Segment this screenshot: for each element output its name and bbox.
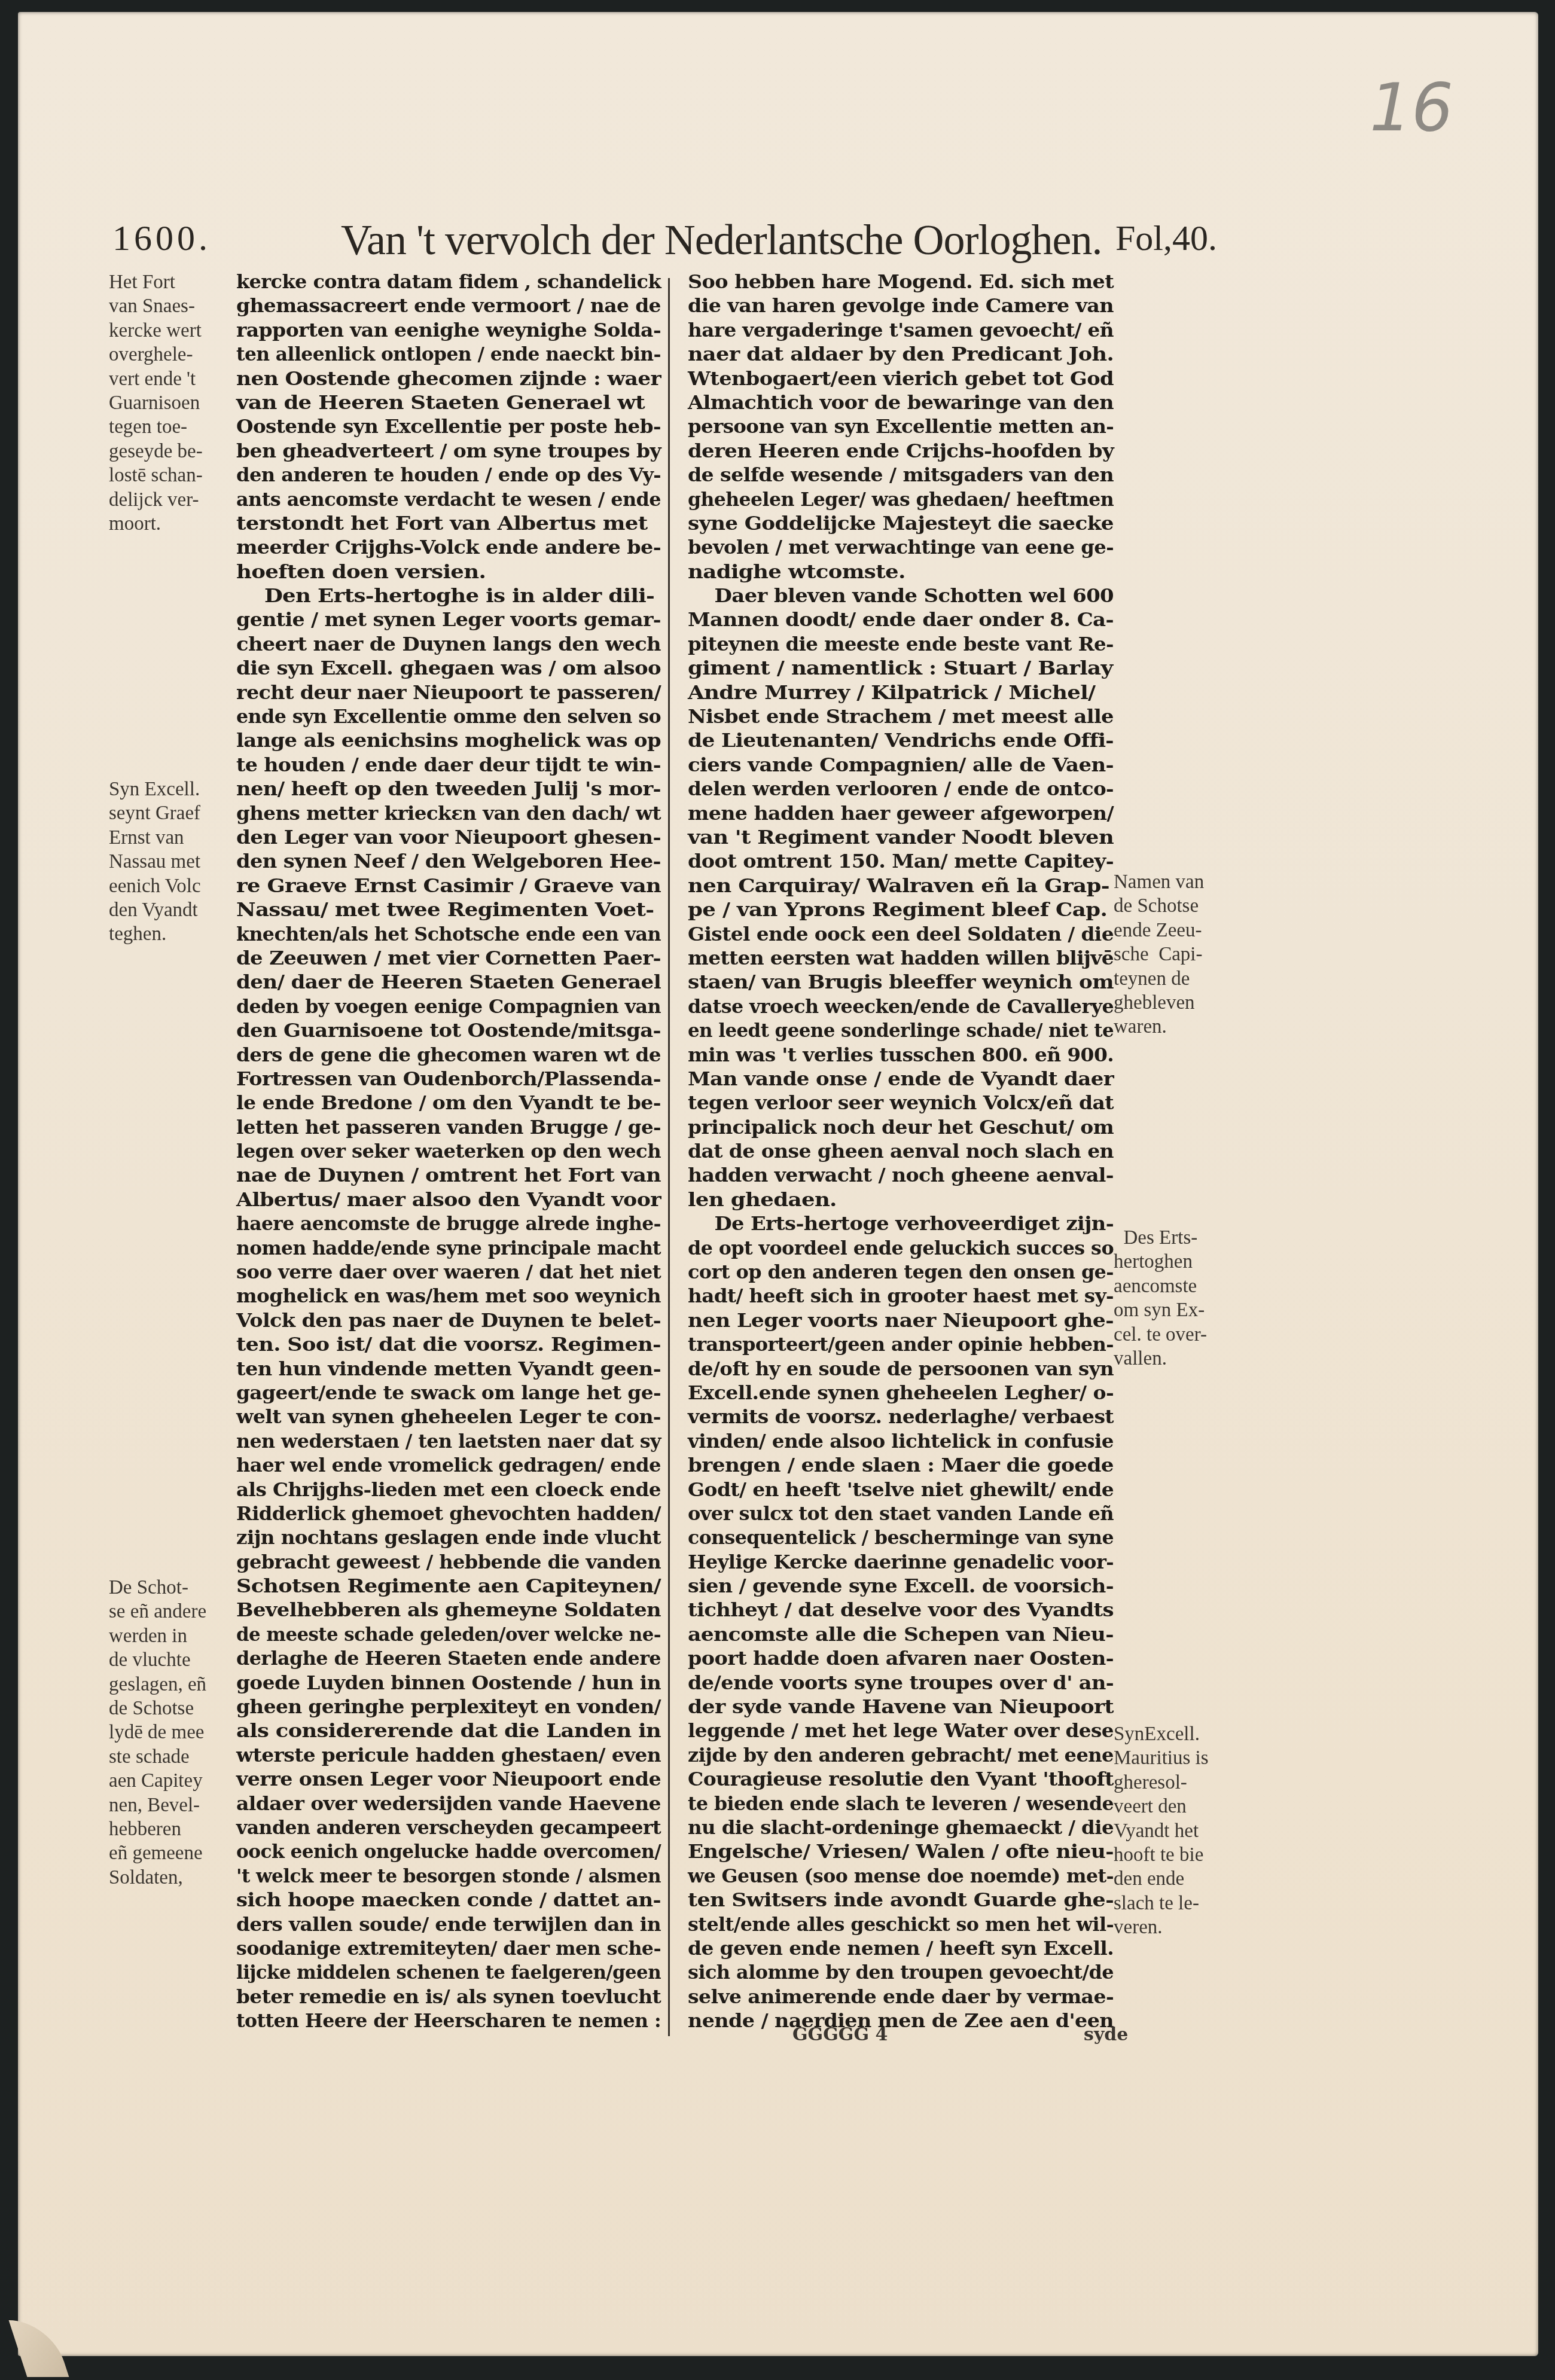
- margin-note-line: seynt Graef: [109, 801, 201, 825]
- margin-note-line: delijck ver-: [109, 488, 203, 512]
- text-line: haere aencomste de brugge alrede inghe-: [236, 1212, 661, 1236]
- margin-note-line: lostē schan-: [109, 463, 203, 487]
- text-line: Albertus/ maer alsoo den Vyandt voor: [236, 1188, 661, 1212]
- margin-note-ertshertoghen-aencomste: Des Erts-hertoghenaencomsteom syn Ex-cel…: [1114, 1226, 1207, 1371]
- text-line: len ghedaen.: [688, 1188, 1114, 1212]
- text-line: mene hadden haer geweer afgeworpen/: [688, 802, 1114, 826]
- text-line: rapporten van eenighe weynighe Solda-: [236, 319, 661, 343]
- text-line: delen werden verlooren / ende de ontco-: [688, 777, 1114, 801]
- margin-note-line: gheresol-: [1114, 1771, 1209, 1795]
- text-line: derlaghe de Heeren Staeten ende andere: [236, 1647, 661, 1671]
- text-line: re Graeve Ernst Casimir / Graeve van: [236, 874, 661, 898]
- text-line: de meeste schade geleden/over welcke ne-: [236, 1623, 661, 1647]
- text-line: aencomste alle die Schepen van Nieu-: [688, 1623, 1114, 1647]
- text-line: de geven ende nemen / heeft syn Excell.: [688, 1937, 1114, 1961]
- text-line: gebracht geweest / hebbende die vanden: [236, 1551, 661, 1575]
- text-line: sich alomme by den troupen gevoecht/de: [688, 1961, 1114, 1985]
- text-line: Excell.ende synen gheheelen Legher/ o-: [688, 1381, 1114, 1405]
- text-line: den Leger van voor Nieupoort ghesen-: [236, 826, 661, 850]
- text-line: moghelick en was/hem met soo weynich: [236, 1284, 661, 1308]
- margin-note-line: ghebleven: [1114, 991, 1204, 1015]
- text-line: selve animerende ende daer by vermae-: [688, 1985, 1114, 2009]
- text-line: wterste pericule hadden ghestaen/ even: [236, 1744, 661, 1768]
- text-line: te bieden ende slach te leveren / wesend…: [688, 1792, 1114, 1816]
- text-line: ders de gene die ghecomen waren wt de: [236, 1043, 661, 1067]
- text-line: piteynen die meeste ende beste vant Re-: [688, 633, 1114, 657]
- margin-note-line: van Snaes-: [109, 294, 203, 318]
- text-line: als Chrijghs-lieden met een cloeck ende: [236, 1478, 661, 1502]
- text-line: ende syn Excellentie omme den selven so: [236, 705, 661, 729]
- text-line: ten hun vindende metten Vyandt geen-: [236, 1357, 661, 1381]
- text-line: transporteert/geen ander opinie hebben-: [688, 1333, 1114, 1357]
- text-line: den/ daer de Heeren Staeten Generael: [236, 971, 661, 994]
- text-line: datse vroech weecken/ende de Cavallerye: [688, 995, 1114, 1019]
- text-line: Couragieuse resolutie den Vyant 'thooft: [688, 1768, 1114, 1792]
- text-line: knechten/als het Schotsche ende een van: [236, 923, 661, 947]
- text-line: de Lieutenanten/ Vendrichs ende Offi-: [688, 729, 1114, 753]
- margin-note-line: veert den: [1114, 1795, 1209, 1818]
- margin-note-line: geslagen, eñ: [109, 1673, 206, 1696]
- text-line: van de Heeren Staeten Generael wt: [236, 391, 661, 415]
- text-line: persoone van syn Excellentie metten an-: [688, 415, 1114, 439]
- text-line: zijn nochtans geslagen ende inde vlucht: [236, 1526, 661, 1550]
- text-line: ten Switsers inde avondt Guarde ghe-: [688, 1888, 1114, 1912]
- folio-number: Fol,40.: [1115, 218, 1217, 259]
- margin-note-line: eenich Volc: [109, 874, 201, 898]
- text-line: oock eenich ongelucke hadde overcomen/: [236, 1840, 661, 1864]
- margin-note-line: teynen de: [1114, 967, 1204, 991]
- text-line: Bevelhebberen als ghemeyne Soldaten: [236, 1598, 661, 1622]
- text-line: nen Oostende ghecomen zijnde : waer: [236, 367, 661, 391]
- margin-note-line: De Schot-: [109, 1576, 206, 1600]
- text-line: Andre Murrey / Kilpatrick / Michel/: [688, 681, 1114, 705]
- text-line: hadden verwacht / noch gheene aenval-: [688, 1164, 1114, 1188]
- text-line: terstondt het Fort van Albertus met: [236, 512, 661, 536]
- margin-note-line: hooft te bie: [1114, 1843, 1209, 1867]
- text-line: en leedt geene sonderlinge schade/ niet …: [688, 1019, 1114, 1043]
- text-line: zijde by den anderen gebracht/ met eene: [688, 1744, 1114, 1768]
- text-line: brengen / ende slaen : Maer die goede: [688, 1454, 1114, 1478]
- text-line: nomen hadde/ende syne principale macht: [236, 1237, 661, 1261]
- text-line: nen/ heeft op den tweeden Julij 's mor-: [236, 777, 661, 801]
- text-line: min was 't verlies tusschen 800. eñ 900.: [688, 1043, 1114, 1067]
- catchword: syde: [1084, 2024, 1128, 2045]
- margin-note-line: den ende: [1114, 1867, 1209, 1891]
- text-line: Man vande onse / ende de Vyandt daer: [688, 1067, 1114, 1091]
- margin-note-line: vallen.: [1114, 1347, 1207, 1371]
- running-header: 1600. Van 't vervolch der Nederlantsche …: [108, 215, 1244, 269]
- text-line: beter remedie en is/ als synen toevlucht: [236, 1985, 661, 2009]
- column-divider-rule: [668, 278, 670, 2036]
- text-line: legen over seker waeterken op den wech: [236, 1140, 661, 1164]
- margin-note-line: aen Capitey: [109, 1769, 206, 1793]
- text-line: Schotsen Regimente aen Capiteynen/: [236, 1575, 661, 1598]
- margin-note-schotse-vlucht: De Schot-se eñ anderewerden inde vluchte…: [109, 1576, 206, 1890]
- text-line: ben gheadverteert / om syne troupes by: [236, 440, 661, 463]
- text-line: letten het passeren vanden Brugge / ge-: [236, 1116, 661, 1140]
- text-line: Nassau/ met twee Regimenten Voet-: [236, 898, 661, 922]
- signature-mark: GGGGG 4: [792, 2024, 888, 2045]
- margin-note-line: eñ gemeene: [109, 1841, 206, 1865]
- margin-note-line: sche Capi-: [1114, 942, 1204, 966]
- margin-note-line: om syn Ex-: [1114, 1298, 1207, 1322]
- text-line: syne Goddelijcke Majesteyt die saecke: [688, 512, 1114, 536]
- text-line: der syde vande Havene van Nieupoort: [688, 1695, 1114, 1719]
- margin-note-line: tegen toe-: [109, 415, 203, 439]
- margin-note-line: Namen van: [1114, 870, 1204, 894]
- text-line: sien / gevende syne Excell. de voorsich-: [688, 1575, 1114, 1598]
- text-line: pe / van Yprons Regiment bleef Cap.: [688, 898, 1114, 922]
- margin-note-line: Soldaten,: [109, 1866, 206, 1890]
- text-line: Engelsche/ Vriesen/ Walen / ofte nieu-: [688, 1840, 1114, 1864]
- text-line: we Geusen (soo mense doe noemde) met-: [688, 1865, 1114, 1888]
- margin-note-line: geseyde be-: [109, 440, 203, 463]
- margin-note-line: nen, Bevel-: [109, 1793, 206, 1817]
- text-line: welt van synen gheheelen Leger te con-: [236, 1405, 661, 1429]
- text-line: consequentelick / bescherminge van syne: [688, 1526, 1114, 1550]
- text-line: tegen verloor seer weynich Volcx/eñ dat: [688, 1091, 1114, 1115]
- text-line: de selfde wesende / mitsgaders van den: [688, 463, 1114, 487]
- text-line: recht deur naer Nieupoort te passeren/: [236, 681, 661, 705]
- margin-note-line: ende Zeeu-: [1114, 919, 1204, 942]
- text-line: totten Heere der Heerscharen te nemen :: [236, 2009, 661, 2033]
- text-line: nu die slacht-ordeninge ghemaeckt / die: [688, 1816, 1114, 1840]
- text-line: nende / naerdien men de Zee aen d'een: [688, 2009, 1114, 2033]
- text-line: vermits de voorsz. nederlaghe/ verbaest: [688, 1405, 1114, 1429]
- header-year: 1600.: [112, 218, 211, 259]
- text-line: Godt/ en heeft 'tselve niet ghewilt/ end…: [688, 1478, 1114, 1502]
- text-line: gheheelen Leger/ was ghedaen/ heeftmen: [688, 488, 1114, 512]
- margin-note-line: Guarnisoen: [109, 391, 203, 415]
- text-line: tichheyt / dat deselve voor des Vyandts: [688, 1598, 1114, 1622]
- text-line: ciers vande Compagnien/ alle de Vaen-: [688, 753, 1114, 777]
- margin-note-line: Des Erts-: [1114, 1226, 1207, 1250]
- text-line: goede Luyden binnen Oostende / hun in: [236, 1671, 661, 1695]
- text-line: hare vergaderinge t'samen gevoecht/ eñ: [688, 319, 1114, 343]
- text-line: soo verre daer over waeren / dat het nie…: [236, 1261, 661, 1284]
- margin-note-line: Mauritius is: [1114, 1746, 1209, 1770]
- text-line: Mannen doodt/ ende daer onder 8. Ca-: [688, 608, 1114, 632]
- text-line: le ende Bredone / om den Vyandt te be-: [236, 1091, 661, 1115]
- margin-note-line: waren.: [1114, 1015, 1204, 1039]
- margin-note-line: vert ende 't: [109, 367, 203, 391]
- text-line: te houden / ende daer deur tijdt te win-: [236, 753, 661, 777]
- margin-note-line: cel. te over-: [1114, 1323, 1207, 1347]
- text-line: principalick noch deur het Geschut/ om: [688, 1116, 1114, 1140]
- text-line: poort hadde doen afvaren naer Oosten-: [688, 1647, 1114, 1671]
- margin-note-fort-snaeskercke: Het Fortvan Snaes-kercke wertoverghele-v…: [109, 270, 203, 536]
- text-line: Daer bleven vande Schotten wel 600: [688, 584, 1114, 608]
- text-line: soodanige extremiteyten/ daer men sche-: [236, 1937, 661, 1961]
- margin-note-synexcell-mauritius: SynExcell.Mauritius isgheresol-veert den…: [1114, 1722, 1209, 1940]
- margin-note-line: Vyandt het: [1114, 1819, 1209, 1843]
- margin-note-line: kercke wert: [109, 319, 203, 343]
- text-line: giment / namentlick : Stuart / Barlay: [688, 657, 1114, 681]
- text-line: metten eersten wat hadden willen blijvē: [688, 947, 1114, 971]
- margin-note-line: Ernst van: [109, 826, 201, 850]
- text-line: 't welck meer te besorgen stonde / alsme…: [236, 1865, 661, 1888]
- text-line: Wtenbogaert/een vierich gebet tot God: [688, 367, 1114, 391]
- text-line: Heylige Kercke daerinne genadelic voor-: [688, 1551, 1114, 1575]
- text-line: ghens metter krieckεn van den dach/ wt: [236, 802, 661, 826]
- text-line: deren Heeren ende Crijchs-hoofden by: [688, 440, 1114, 463]
- text-line: ghemassacreert ende vermoort / nae de: [236, 294, 661, 318]
- text-line: de/ende voorts syne troupes over d' an-: [688, 1671, 1114, 1695]
- text-line: nadighe wtcomste.: [688, 560, 1114, 584]
- text-line: den anderen te houden / ende op des Vy-: [236, 463, 661, 487]
- text-line: nen wederstaen / ten laetsten naer dat s…: [236, 1430, 661, 1454]
- text-line: nae de Duynen / omtrent het Fort van: [236, 1164, 661, 1188]
- text-line: Ridderlick ghemoet ghevochten hadden/: [236, 1502, 661, 1526]
- text-line: bevolen / met verwachtinge van eene ge-: [688, 536, 1114, 560]
- text-line: lange als eenichsins moghelick was op: [236, 729, 661, 753]
- margin-note-line: den Vyandt: [109, 898, 201, 922]
- text-line: de Zeeuwen / met vier Cornetten Paer-: [236, 947, 661, 971]
- text-line: cheert naer de Duynen langs den wech: [236, 633, 661, 657]
- text-line: deden by voegen eenige Compagnien van: [236, 995, 661, 1019]
- margin-note-namen-schotse-capiteynen: Namen vande Schotseende Zeeu-sche Capi-t…: [1114, 870, 1204, 1039]
- text-line: de opt voordeel ende geluckich succes so: [688, 1237, 1114, 1261]
- text-line: die syn Excell. ghegaen was / om alsoo: [236, 657, 661, 681]
- margin-note-line: ste schade: [109, 1745, 206, 1769]
- text-line: Den Erts-hertoghe is in alder dili-: [236, 584, 661, 608]
- text-line: kercke contra datam fidem , schandelick: [236, 270, 661, 294]
- text-line: Soo hebben hare Mogend. Ed. sich met: [688, 270, 1114, 294]
- margin-note-line: hertoghen: [1114, 1250, 1207, 1274]
- text-line: Gistel ende oock een deel Soldaten / die: [688, 923, 1114, 947]
- margin-note-line: teghen.: [109, 922, 201, 946]
- text-line: die van haren gevolge inde Camere van: [688, 294, 1114, 318]
- text-line: van 't Regiment vander Noodt bleven: [688, 826, 1114, 850]
- text-line: nen Carquiray/ Walraven eñ la Grap-: [688, 874, 1114, 898]
- margin-note-line: veren.: [1114, 1915, 1209, 1939]
- text-line: hoeften doen versien.: [236, 560, 661, 584]
- left-text-column: kercke contra datam fidem , schandelickg…: [236, 270, 661, 2034]
- text-line: cort op den anderen tegen den onsen ge-: [688, 1261, 1114, 1284]
- margin-note-line: lydē de mee: [109, 1720, 206, 1744]
- text-line: Fortressen van Oudenborch/Plassenda-: [236, 1067, 661, 1091]
- text-line: Almachtich voor de bewaringe van den: [688, 391, 1114, 415]
- text-line: stelt/ende alles geschickt so men het wi…: [688, 1913, 1114, 1937]
- margin-note-line: de Schotse: [1114, 894, 1204, 918]
- text-line: nen Leger voorts naer Nieupoort ghe-: [688, 1309, 1114, 1333]
- text-line: naer dat aldaer by den Predicant Joh.: [688, 343, 1114, 367]
- text-line: vinden/ ende alsoo lichtelick in confusi…: [688, 1430, 1114, 1454]
- margin-note-line: hebberen: [109, 1817, 206, 1841]
- text-line: ders vallen soude/ ende terwijlen dan in: [236, 1913, 661, 1937]
- margin-note-line: moort.: [109, 512, 203, 536]
- text-line: doot omtrent 150. Man/ mette Capitey-: [688, 850, 1114, 874]
- text-line: Oostende syn Excellentie per poste heb-: [236, 415, 661, 439]
- text-line: verre onsen Leger voor Nieupoort ende: [236, 1768, 661, 1792]
- text-line: leggende / met het lege Water over dese: [688, 1719, 1114, 1743]
- text-line: ten alleenlick ontlopen / ende naeckt bi…: [236, 343, 661, 367]
- margin-note-line: se eñ andere: [109, 1600, 206, 1624]
- text-line: haer wel ende vromelick gedragen/ ende: [236, 1454, 661, 1478]
- text-line: vanden anderen verscheyden gecampeert: [236, 1816, 661, 1840]
- text-line: als considererende dat die Landen in: [236, 1719, 661, 1743]
- text-line: gentie / met synen Leger voorts gemar-: [236, 608, 661, 632]
- text-line: den synen Neef / den Welgeboren Hee-: [236, 850, 661, 874]
- text-line: aldaer over wedersijden vande Haevene: [236, 1792, 661, 1816]
- margin-note-syn-excell-graef-ernst: Syn Excell.seynt GraefErnst vanNassau me…: [109, 777, 201, 947]
- text-line: Volck den pas naer de Duynen te belet-: [236, 1309, 661, 1333]
- text-line: dat de onse gheen aenval noch slach en: [688, 1140, 1114, 1164]
- margin-note-line: slach te le-: [1114, 1891, 1209, 1915]
- margin-note-line: Syn Excell.: [109, 777, 201, 801]
- text-line: gageert/ende te swack om lange het ge-: [236, 1381, 661, 1405]
- header-title: Van 't vervolch der Nederlantsche Oorlog…: [341, 215, 1102, 265]
- margin-note-line: SynExcell.: [1114, 1722, 1209, 1746]
- text-line: ants aencomste verdacht te wesen / ende: [236, 488, 661, 512]
- text-line: ten. Soo ist/ dat die voorsz. Regimen-: [236, 1333, 661, 1357]
- margin-note-line: Nassau met: [109, 850, 201, 874]
- text-line: den Guarnisoene tot Oostende/mitsga-: [236, 1019, 661, 1043]
- pencil-page-number: 16: [1370, 72, 1423, 144]
- text-line: hadt/ heeft sich in grooter haest met sy…: [688, 1284, 1114, 1308]
- margin-note-line: de Schotse: [109, 1696, 206, 1720]
- text-line: De Erts-hertoge verhoveerdiget zijn-: [688, 1212, 1114, 1236]
- margin-note-line: werden in: [109, 1624, 206, 1648]
- text-line: staen/ van Brugis bleeffer weynich om: [688, 971, 1114, 994]
- text-line: Nisbet ende Strachem / met meest alle: [688, 705, 1114, 729]
- right-text-column: Soo hebben hare Mogend. Ed. sich metdie …: [688, 270, 1114, 2034]
- text-line: gheen geringhe perplexiteyt en vonden/: [236, 1695, 661, 1719]
- text-line: lijcke middelen schenen te faelgeren/gee…: [236, 1961, 661, 1985]
- text-line: meerder Crijghs-Volck ende andere be-: [236, 536, 661, 560]
- margin-note-line: Het Fort: [109, 270, 203, 294]
- margin-note-line: aencomste: [1114, 1274, 1207, 1298]
- margin-note-line: overghele-: [109, 343, 203, 367]
- text-line: over sulcx tot den staet vanden Lande eñ: [688, 1502, 1114, 1526]
- text-line: sich hoope maecken conde / dattet an-: [236, 1888, 661, 1912]
- margin-note-line: de vluchte: [109, 1648, 206, 1672]
- text-line: de/oft hy en soude de persoonen van syn: [688, 1357, 1114, 1381]
